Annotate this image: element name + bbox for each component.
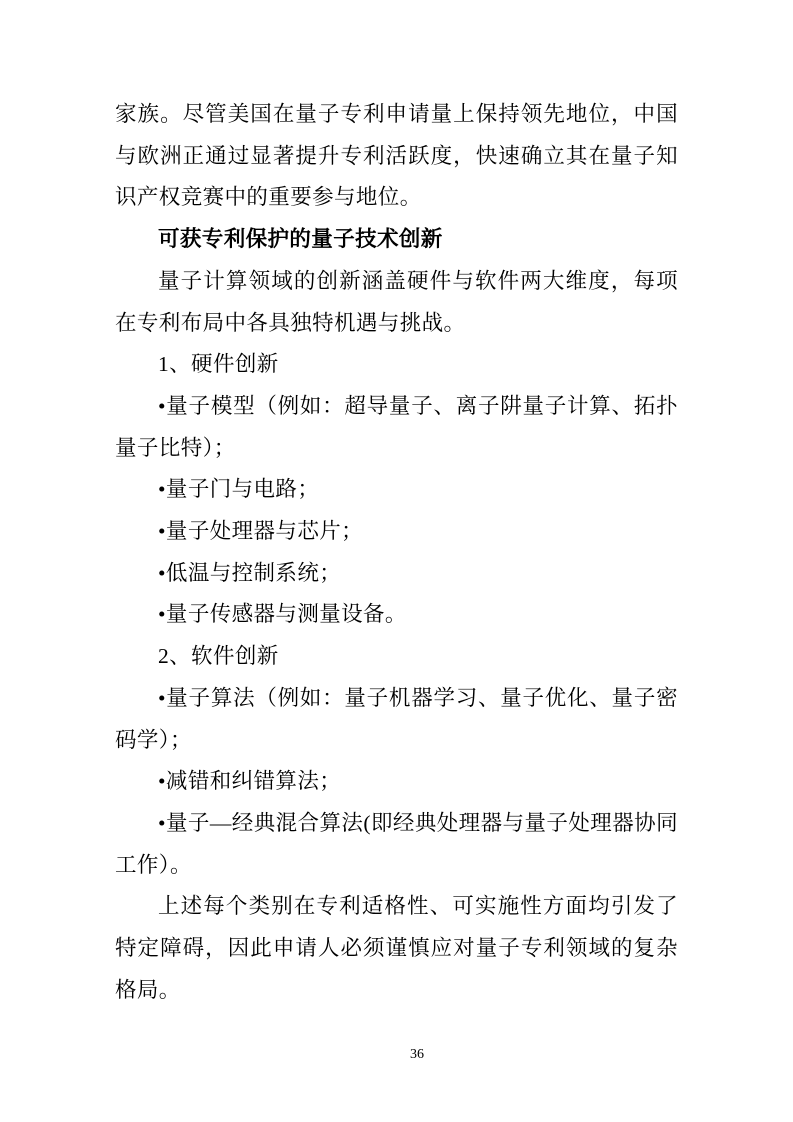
- bullet-item: •量子处理器与芯片；: [115, 511, 678, 553]
- bullet-item: •量子门与电路；: [115, 469, 678, 511]
- document-page: 家族。尽管美国在量子专利申请量上保持领先地位，中国与欧洲正通过显著提升专利活跃度…: [0, 0, 793, 1122]
- bullet-item: •量子传感器与测量设备。: [115, 594, 678, 636]
- paragraph: 上述每个类别在专利适格性、可实施性方面均引发了特定障碍，因此申请人必须谨慎应对量…: [115, 886, 678, 1011]
- paragraph: 量子计算领域的创新涵盖硬件与软件两大维度，每项在专利布局中各具独特机遇与挑战。: [115, 261, 678, 344]
- list-number-heading: 1、硬件创新: [115, 344, 678, 386]
- page-number: 36: [410, 1047, 424, 1063]
- paragraph-continuation: 家族。尽管美国在量子专利申请量上保持领先地位，中国与欧洲正通过显著提升专利活跃度…: [115, 94, 678, 219]
- bullet-item: •量子—经典混合算法(即经典处理器与量子处理器协同工作）。: [115, 803, 678, 886]
- section-heading: 可获专利保护的量子技术创新: [115, 219, 678, 261]
- bullet-item: •量子模型（例如：超导量子、离子阱量子计算、拓扑量子比特）；: [115, 386, 678, 469]
- list-number-heading: 2、软件创新: [115, 636, 678, 678]
- page-content: 家族。尽管美国在量子专利申请量上保持领先地位，中国与欧洲正通过显著提升专利活跃度…: [115, 94, 678, 1011]
- bullet-item: •量子算法（例如：量子机器学习、量子优化、量子密码学）；: [115, 678, 678, 761]
- bullet-item: •低温与控制系统；: [115, 553, 678, 595]
- bullet-item: •减错和纠错算法；: [115, 761, 678, 803]
